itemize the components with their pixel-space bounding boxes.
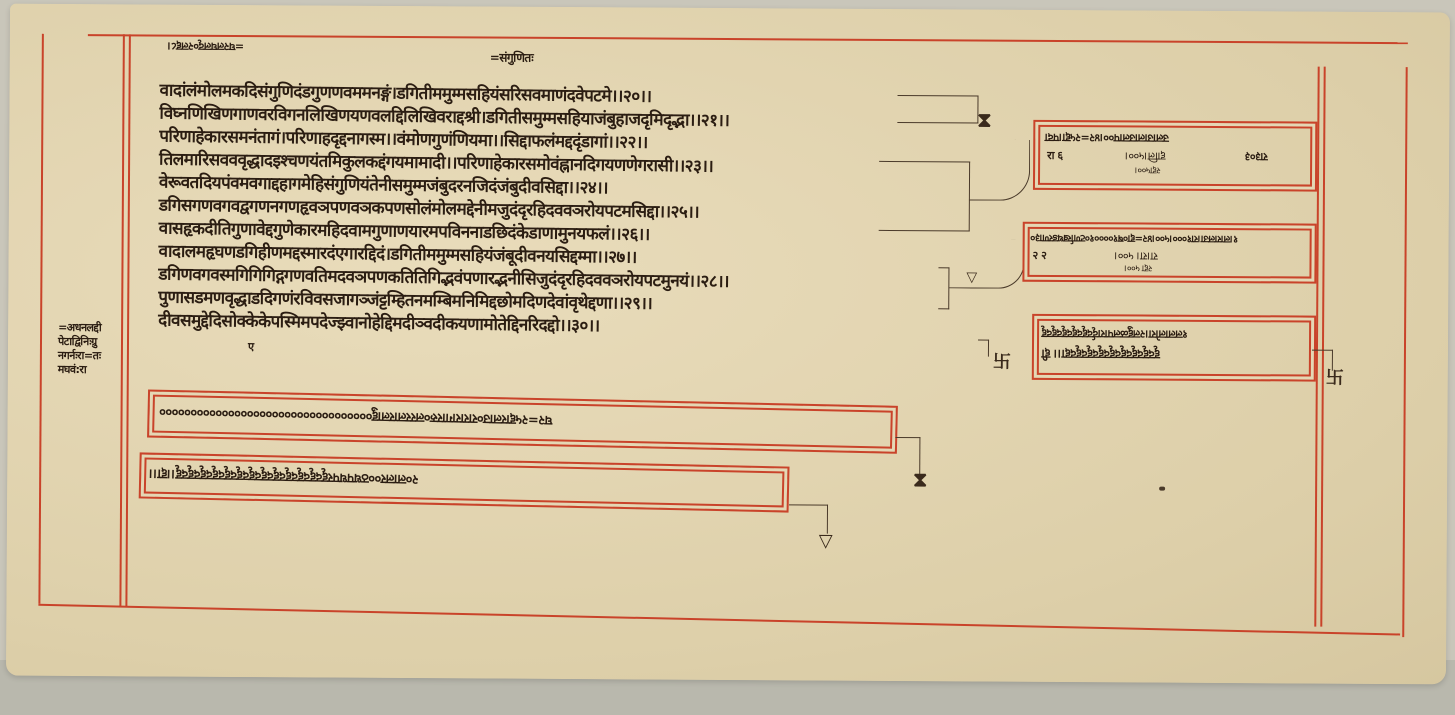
left-margin-rule-b [125,34,130,606]
table-cell: घ२=२५द्दारलाउ०रारारागाररु०लररलारलाद्दु००… [159,404,552,431]
margin-note: नगर्नःरा=तः [58,348,101,363]
right-table-3: १ललालोरा।२लद्दुळलपारार्दृदद्दृदद्दृदद्दृ… [1032,314,1316,382]
hourglass-icon: ⧗ [913,467,927,491]
verse-line: वादांलंमोलमकदिसंगुणिदंडगुणणवममनङ्गं।डगित… [159,81,651,108]
margin-note: मघवं:रा [58,362,87,377]
insertion-mark: ए [248,339,254,354]
left-margin-rule-a [119,34,124,606]
table-cell: २द्दा५००। [1135,164,1161,177]
margin-note: =अधनलद्दी [58,320,101,335]
swastika-icon: 卐 [1326,364,1344,390]
verse-line: पुणासडमणवृद्धाडदिगणंरविवसजागञ्जंट्टम्हित… [158,288,652,315]
border-right-rule [1402,67,1407,637]
table-cell: १ललालोरा।२लद्दुळलपारार्दृदद्दृदद्दृदद्दृ… [1042,326,1188,342]
right-margin-rule-b [1320,67,1325,627]
connector-curve-2 [948,239,1024,288]
ink-speck [1159,487,1165,491]
verse-line: दीवसमुद्देदिसोक्केकेपस्मिमपदेज्झ्वानोहेद… [158,311,600,337]
connector-bottom-2 [789,504,828,533]
border-left-rule [38,34,43,604]
header-left-note: =घ२लघलदृ०२लद्द८। [168,39,244,54]
header-center-note: =संगुणितः [490,49,534,66]
table-cell: रा।रा। ५००। [1114,248,1157,263]
swastika-icon: 卐 [993,348,1011,374]
table-cell: २०लालर००ठधपधपरद्दृदद्दृदद्दृदद्दृदद्दृदद… [149,466,419,490]
bottom-table-1: घ२=२५द्दारलाउ०रारारागाररु०लररलारलाद्दु००… [147,389,898,453]
right-table-2: १।लारालउा।रा१०००।५००।४२=द्दा०ष१००००१०टर्… [1022,222,1316,284]
table-cell: द्दृदद्दृदद्दृदद्दृदद्दृदद्दृदद्दृदद्दृद… [1042,346,1160,364]
table-cell: उलाउालाउलाप००।४२=२५द्दा।पदा [1045,130,1169,146]
hourglass-icon: ⧗ [977,108,991,132]
border-bottom-rule [38,604,1400,636]
main-text-block: वादांलंमोलमकदिसंगुणिदंडगुणणवममनङ्गं।डगित… [10,4,1450,13]
table-cell: रा३०३ [1245,149,1268,164]
verse-line: वेरूवतदियपंवमवगाद्दहागमेहिसंगुणियंतेनीसम… [159,173,608,199]
table-cell: १।लारालउा।रा१०००।५००।४२=द्दा०ष१००००१०टर्… [1031,232,1239,247]
table-cell: रा ६ [1047,148,1062,163]
bottom-table-2: २०लालर००ठधपधपरद्दृदद्दृदद्दृदद्दृदद्दृदद… [139,452,790,512]
verse-line: वादालमहृघणडगिहीणमद्दस्मारदंएगारद्दिदं।डग… [158,242,636,269]
table-cell: द्दालि।५००। [1125,148,1166,163]
manuscript-folio: =घ२लघलदृ०२लद्द८। =संगुणितः =अधनलद्दी पेट… [6,4,1450,685]
verse-line: वासहृकदीतिगुणावेद्दगुणेकारमहिदवामगुणाणया… [159,219,650,246]
margin-note: पेटाद्विनिःग्रु [58,334,97,349]
drop-icon: ▽ [966,269,977,285]
verse-line: परिणाहेकारसमनंतागं।परिणाहदृद्दनागस्म।।वं… [159,127,648,154]
connector-bracket-2 [879,161,970,232]
right-table-1: उलाउालाउलाप००।४२=२५द्दा।पदा रा ६ द्दालि।… [1033,120,1317,192]
drop-icon: ▽ [819,531,833,552]
connector-bracket-1 [897,95,978,123]
left-margin-notes: =अधनलद्दी पेटाद्विनिःग्रु नगर्नःरा=तः मघ… [10,4,1450,13]
table-cell: २ २ [1033,248,1047,263]
connector-line-4 [978,340,989,357]
border-top-rule [88,34,1408,44]
table-cell: २द्दा ५००। [1124,262,1152,275]
connector-curve-1 [969,139,1030,200]
